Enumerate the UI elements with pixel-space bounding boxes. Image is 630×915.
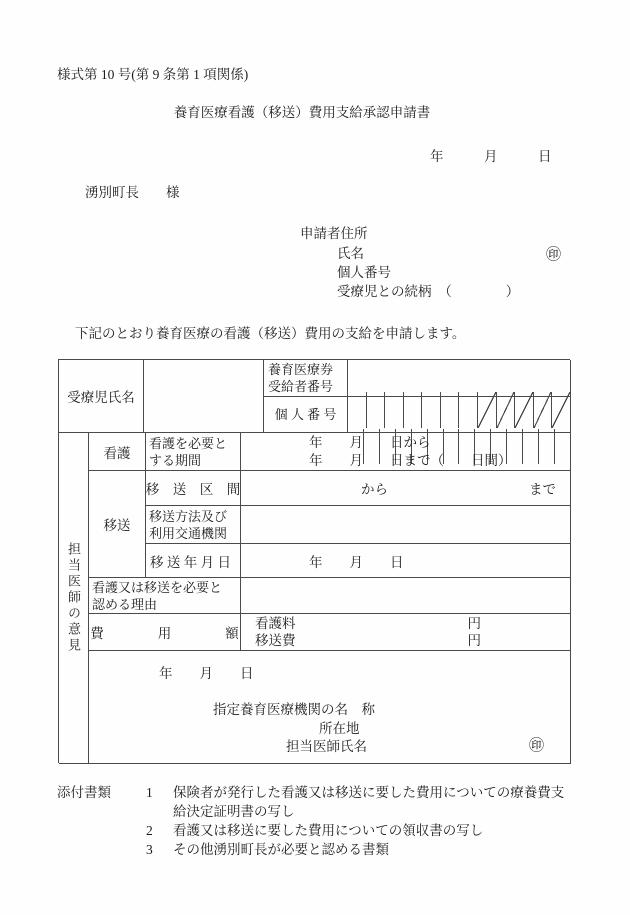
attachment-2-text: 看護又は移送に要した費用についての領収書の写し — [173, 823, 483, 840]
cost-transport-unit: 円 — [468, 632, 482, 650]
signature-date-line: 年 月 日 — [159, 662, 254, 682]
transport-label-cell: 移送 — [89, 471, 146, 578]
addressee: 湧別町長 様 — [85, 185, 180, 202]
cost-label-cell: 費 用 額 — [89, 614, 241, 651]
page-title: 養育医療看護（移送）費用支給承認申請書 — [0, 105, 604, 122]
ticket-number-label-cell: 養育医療券 受給者番号 — [264, 360, 348, 397]
application-date-line: 年 月 日 — [430, 149, 552, 166]
attachment-3-number: 3 — [146, 842, 153, 859]
ticket-number-boxes-cell — [348, 360, 571, 397]
nursing-label-cell: 看護 — [89, 433, 146, 471]
applicant-seal-icon: ㊞ — [546, 246, 561, 265]
transport-section-label-cell: 移 送 区 間 — [146, 471, 241, 506]
doctor-opinion-label: 担当医師の意見 — [64, 542, 83, 654]
doctor-signature-cell: 年 月 日 指定養育医療機関の名 称 所在地 担当医師氏名 ㊞ — [89, 651, 571, 764]
form-number: 様式第 10 号(第 9 条第 1 項関係) — [57, 67, 248, 84]
ticket-number-label-line1: 養育医療券 — [268, 361, 347, 378]
applicant-relation-label: 受療児との続柄 （ ） — [337, 284, 519, 301]
reason-label-line1: 看護又は移送を必要と — [92, 579, 240, 596]
cost-nursing-line: 看護料 円 — [241, 615, 481, 633]
document-page: 様式第 10 号(第 9 条第 1 項関係) 養育医療看護（移送）費用支給承認申… — [0, 0, 630, 915]
transport-method-label-line2: 利用交通機関 — [149, 525, 240, 542]
transport-method-value-cell — [241, 506, 571, 544]
applicant-name-label: 氏名 — [337, 246, 364, 263]
attachment-1-text-line1: 保険者が発行した看護又は移送に要した費用についての療養費支 — [173, 785, 564, 802]
attachment-1-text-line2: 給決定証明書の写し — [173, 804, 295, 821]
cost-transport-line: 移送費 円 — [241, 632, 481, 650]
nursing-period-value-cell: 年 月 日から 年 月 日まで（ 日間） — [241, 433, 571, 471]
transport-section-to: まで — [529, 478, 556, 498]
cost-nursing-unit: 円 — [468, 615, 482, 633]
transport-date-value-cell: 年 月 日 — [241, 544, 571, 578]
attachments-label: 添付書類 — [57, 785, 111, 802]
transport-section-from: から — [361, 478, 388, 498]
doctor-opinion-column: 担当医師の意見 — [59, 433, 89, 764]
child-name-label-cell: 受療児氏名 — [59, 360, 144, 433]
institution-location-label: 所在地 — [319, 717, 360, 737]
transport-method-label-line1: 移送方法及び — [149, 508, 240, 525]
attachment-2-number: 2 — [146, 823, 153, 840]
nursing-period-from: 年 月 日から — [309, 434, 570, 452]
nursing-period-label-line2: する期間 — [149, 452, 240, 469]
personal-number-boxes-cell — [348, 397, 571, 433]
reason-label-cell: 看護又は移送を必要と 認める理由 — [89, 578, 241, 614]
applicant-personal-number-label: 個人番号 — [337, 265, 391, 282]
reason-value-cell — [241, 578, 571, 614]
personal-number-label-cell: 個 人 番 号 — [264, 397, 348, 433]
attachment-1-number: 1 — [146, 785, 153, 802]
nursing-period-to: 年 月 日まで（ 日間） — [309, 452, 570, 470]
applicant-address-label: 申請者住所 — [300, 226, 368, 243]
institution-name-label: 指定養育医療機関の名 称 — [213, 698, 375, 718]
statement-line: 下記のとおり養育医療の看護（移送）費用の支給を申請します。 — [75, 326, 465, 343]
doctor-name-label: 担当医師氏名 — [286, 735, 367, 755]
transport-method-label-cell: 移送方法及び 利用交通機関 — [146, 506, 241, 544]
application-table: 受療児氏名 養育医療券 受給者番号 個 人 番 号 担当医師の意見 看護 看護を… — [58, 359, 570, 763]
cost-value-cell: 看護料 円 移送費 円 — [241, 614, 571, 651]
transport-section-value-cell: から まで — [241, 471, 571, 506]
nursing-period-label-cell: 看護を必要と する期間 — [146, 433, 241, 471]
cost-nursing-label: 看護料 — [255, 615, 296, 633]
transport-date-label-cell: 移 送 年 月 日 — [146, 544, 241, 578]
ticket-number-label-line2: 受給者番号 — [268, 378, 347, 395]
reason-label-line2: 認める理由 — [92, 596, 240, 613]
child-name-input-cell — [144, 360, 264, 433]
attachment-3-text: その他湧別町長が必要と認める書類 — [173, 842, 389, 859]
doctor-seal-icon: ㊞ — [529, 734, 544, 755]
nursing-period-label-line1: 看護を必要と — [149, 435, 240, 452]
cost-transport-label: 移送費 — [255, 632, 296, 650]
